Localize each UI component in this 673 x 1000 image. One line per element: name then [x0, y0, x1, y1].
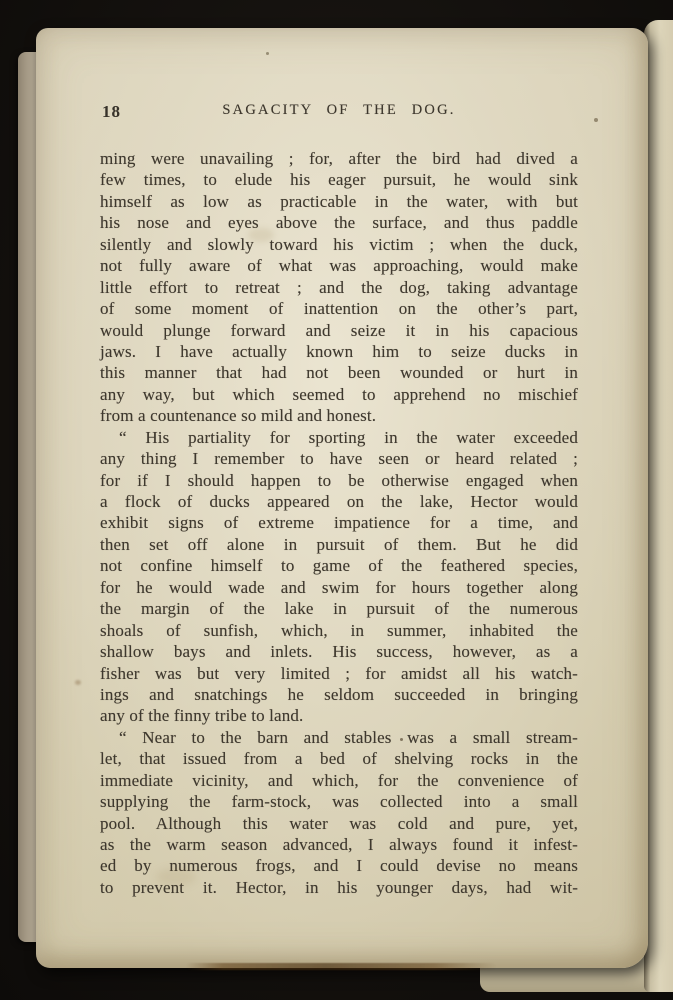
- text-line: immediate vicinity, and which, for the c…: [100, 770, 578, 791]
- text-line: any thing I remember to have seen or hea…: [100, 448, 578, 469]
- text-line: from a countenance so mild and honest.: [100, 405, 578, 426]
- paragraph: “ Near to the barn and stables was a sma…: [100, 727, 578, 899]
- text-line: as the warm season advanced, I always fo…: [100, 834, 578, 855]
- text-block: ming were unavailing ; for, after the bi…: [100, 148, 578, 898]
- paper-stain: [266, 52, 269, 55]
- text-line: fisher was but very limited ; for amidst…: [100, 663, 578, 684]
- text-line: shallow bays and inlets. His success, ho…: [100, 641, 578, 662]
- running-header: 18 SAGACITY OF THE DOG.: [100, 102, 578, 124]
- page-edge-right: [644, 20, 673, 992]
- text-line: little effort to retreat ; and the dog, …: [100, 277, 578, 298]
- text-line: to prevent it. Hector, in his younger da…: [100, 877, 578, 898]
- text-line: exhibit signs of extreme impatience for …: [100, 512, 578, 533]
- text-line: would plunge forward and seize it in his…: [100, 320, 578, 341]
- text-line: any of the finny tribe to land.: [100, 705, 578, 726]
- text-line: ings and snatchings he seldom succeeded …: [100, 684, 578, 705]
- page-number: 18: [102, 102, 121, 122]
- text-line: silently and slowly toward his victim ; …: [100, 234, 578, 255]
- book-page: 18 SAGACITY OF THE DOG. ming were unavai…: [36, 28, 648, 968]
- text-line: the margin of the lake in pursuit of the…: [100, 598, 578, 619]
- text-line: “ Near to the barn and stables was a sma…: [100, 727, 578, 748]
- paper-stain: [594, 118, 598, 122]
- paragraph: “ His partiality for sporting in the wat…: [100, 427, 578, 727]
- paper-stain: [75, 680, 81, 685]
- text-line: his nose and eyes above the surface, and…: [100, 212, 578, 233]
- text-line: ed by numerous frogs, and I could devise…: [100, 855, 578, 876]
- text-line: ming were unavailing ; for, after the bi…: [100, 148, 578, 169]
- text-line: supplying the farm-stock, was collected …: [100, 791, 578, 812]
- text-line: then set off alone in pursuit of them. B…: [100, 534, 578, 555]
- text-line: for he would wade and swim for hours tog…: [100, 577, 578, 598]
- text-line: jaws. I have actually known him to seize…: [100, 341, 578, 362]
- text-line: any way, but which seemed to apprehend n…: [100, 384, 578, 405]
- text-line: let, that issued from a bed of shelving …: [100, 748, 578, 769]
- text-line: of some moment of inattention on the oth…: [100, 298, 578, 319]
- text-line: few times, to elude his eager pursuit, h…: [100, 169, 578, 190]
- text-line: himself as low as practicable in the wat…: [100, 191, 578, 212]
- paragraph: ming were unavailing ; for, after the bi…: [100, 148, 578, 427]
- text-line: not fully aware of what was approaching,…: [100, 255, 578, 276]
- scan-background: { "page": { "page_number": "18", "runnin…: [0, 0, 673, 1000]
- text-line: “ His partiality for sporting in the wat…: [100, 427, 578, 448]
- text-line: a flock of ducks appeared on the lake, H…: [100, 491, 578, 512]
- text-line: for if I should happen to be otherwise e…: [100, 470, 578, 491]
- running-title: SAGACITY OF THE DOG.: [100, 102, 578, 119]
- text-line: pool. Although this water was cold and p…: [100, 813, 578, 834]
- text-line: shoals of sunfish, which, in summer, inh…: [100, 620, 578, 641]
- text-line: not confine himself to game of the feath…: [100, 555, 578, 576]
- text-line: this manner that had not been wounded or…: [100, 362, 578, 383]
